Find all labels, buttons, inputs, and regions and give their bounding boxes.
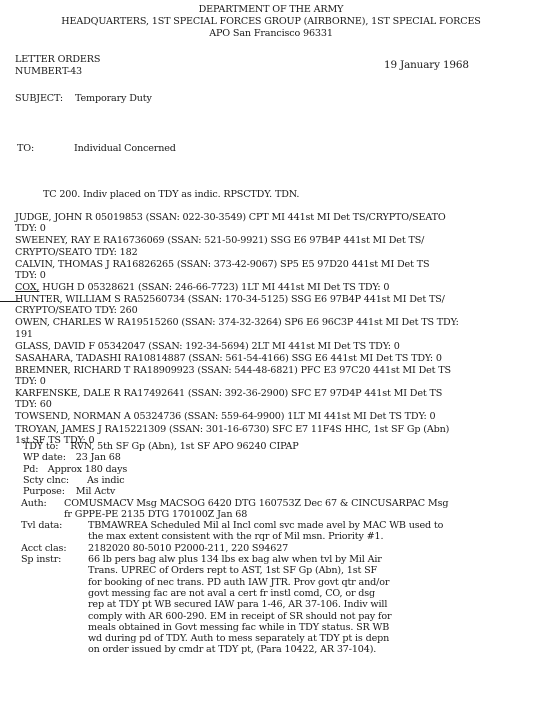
detail-value: rep at TDY pt WB secured IAW para 1-46, … [88, 599, 387, 610]
detail-value: govt messing fac are not aval a cert fr … [88, 588, 375, 599]
detail-label: Pd: [23, 464, 38, 475]
detail-value: Mil Actv [76, 486, 115, 497]
personnel-line: HUNTER, WILLIAM S RA52560734 (SSAN: 170-… [15, 294, 445, 305]
detail-value: TBMAWREA Scheduled Mil al Incl coml svc … [88, 520, 443, 531]
letterhead-address: APO San Francisco 96331 [0, 28, 542, 39]
subject-value: Temporary Duty [75, 93, 152, 104]
personnel-line-continued: CRYPTO/SEATO TDY: 182 [15, 247, 138, 258]
personnel-line-continued: TDY: 0 [15, 270, 46, 281]
detail-value: Approx 180 days [48, 464, 127, 475]
detail-label: WP date: [23, 452, 66, 463]
detail-value: Trans. UPREC of Orders rept to AST, 1st … [88, 565, 377, 576]
subject-label: SUBJECT: [15, 93, 63, 104]
detail-label: Acct clas: [21, 543, 66, 554]
personnel-line: OWEN, CHARLES W RA19515260 (SSAN: 374-32… [15, 317, 459, 328]
personnel-line-continued: TDY: 0 [15, 223, 46, 234]
personnel-line: SASAHARA, TADASHI RA10814887 (SSAN: 561-… [15, 353, 442, 364]
personnel-line-continued: TDY: 0 [15, 376, 46, 387]
detail-value: comply with AR 600-290. EM in receipt of… [88, 611, 391, 622]
detail-value: meals obtained in Govt messing fac while… [88, 622, 389, 633]
letterhead-department: DEPARTMENT OF THE ARMY [0, 4, 542, 15]
orders-type: LETTER ORDERS [15, 54, 100, 65]
detail-value: 2182020 80-5010 P2000-211, 220 S94627 [88, 543, 288, 554]
underlined-name: COX, [15, 282, 39, 293]
detail-value: 66 lb pers bag alw plus 134 lbs ex bag a… [88, 554, 382, 565]
detail-value: on order issued by cmdr at TDY pt, (Para… [88, 644, 376, 655]
personnel-line: SWEENEY, RAY E RA16736069 (SSAN: 521-50-… [15, 235, 424, 246]
detail-value: RVN, 5th SF Gp (Abn), 1st SF APO 96240 C… [70, 441, 298, 452]
detail-label: Purpose: [23, 486, 65, 497]
personnel-line: BREMNER, RICHARD T RA18909923 (SSAN: 544… [15, 365, 451, 376]
detail-label: Auth: [21, 498, 47, 509]
margin-rule [0, 301, 20, 302]
orders-intro: TC 200. Indiv placed on TDY as indic. RP… [43, 189, 299, 200]
personnel-line: GLASS, DAVID F 05342047 (SSAN: 192-34-56… [15, 341, 400, 352]
detail-label: Tvl data: [21, 520, 62, 531]
to-label: TO: [17, 143, 34, 154]
personnel-line-continued: CRYPTO/SEATO TDY: 260 [15, 305, 138, 316]
orders-number: T-43 [62, 66, 82, 77]
detail-value: wd during pd of TDY. Auth to mess separa… [88, 633, 389, 644]
detail-value: COMUSMACV Msg MACSOG 6420 DTG 160753Z De… [64, 498, 448, 509]
personnel-line-rest: HUGH D 05328621 (SSAN: 246-66-7723) 1LT … [39, 282, 389, 293]
detail-label: Scty clnc: [23, 475, 69, 486]
detail-label: Sp instr: [21, 554, 61, 565]
personnel-line: JUDGE, JOHN R 05019853 (SSAN: 022-30-354… [15, 212, 446, 223]
personnel-line: COX, HUGH D 05328621 (SSAN: 246-66-7723)… [15, 282, 389, 293]
personnel-line-continued: TDY: 60 [15, 399, 52, 410]
letterhead-headquarters: HEADQUARTERS, 1ST SPECIAL FORCES GROUP (… [0, 16, 542, 27]
detail-value: the max extent consistent with the rqr o… [88, 531, 383, 542]
detail-value: As indic [87, 475, 125, 486]
detail-value: fr GPPE-PE 2135 DTG 170100Z Jan 68 [64, 509, 247, 520]
personnel-line: TOWSEND, NORMAN A 05324736 (SSAN: 559-64… [15, 411, 435, 422]
personnel-line-continued: 191 [15, 329, 33, 340]
personnel-line: KARFENSKE, DALE R RA17492641 (SSAN: 392-… [15, 388, 442, 399]
orders-number-label: NUMBER [15, 66, 62, 77]
to-value: Individual Concerned [74, 143, 176, 154]
personnel-line: CALVIN, THOMAS J RA16826265 (SSAN: 373-4… [15, 259, 429, 270]
detail-value: for booking of nec trans. PD auth IAW JT… [88, 577, 389, 588]
detail-value: 23 Jan 68 [76, 452, 121, 463]
detail-label: TDY to: [23, 441, 58, 452]
personnel-line: TROYAN, JAMES J RA15221309 (SSAN: 301-16… [15, 424, 449, 435]
orders-date: 19 January 1968 [384, 60, 469, 71]
